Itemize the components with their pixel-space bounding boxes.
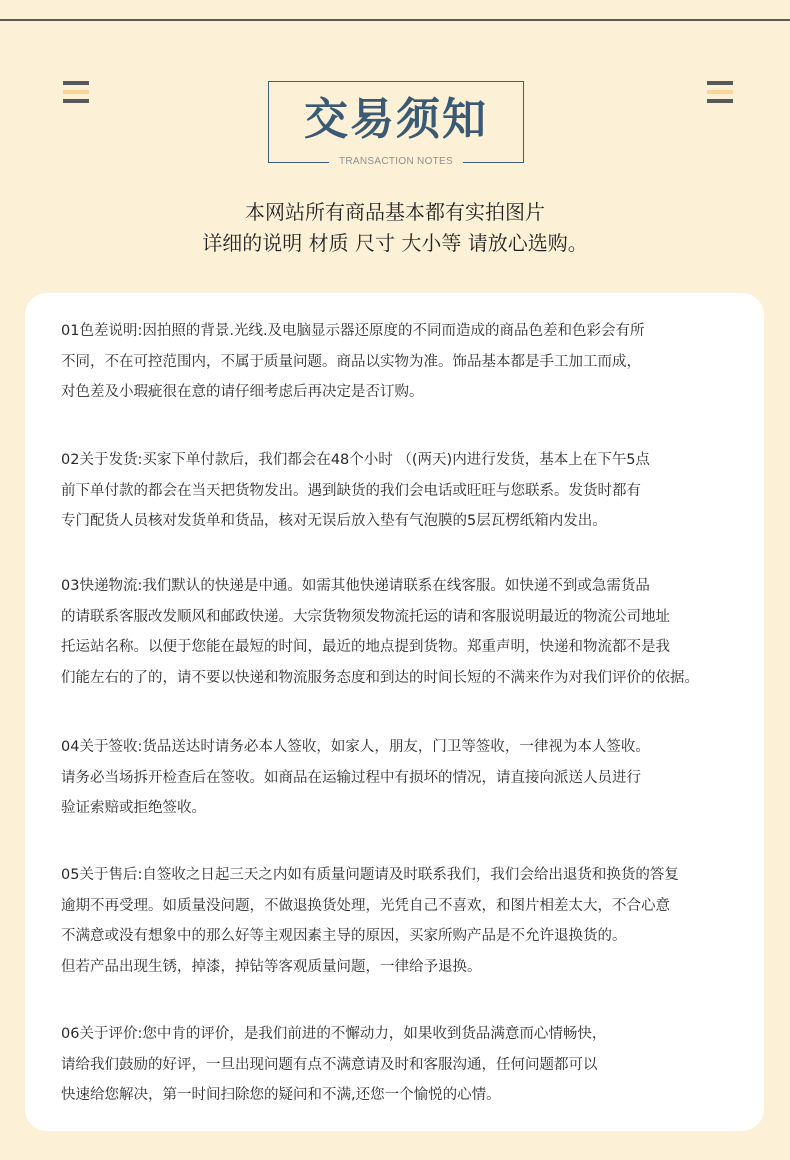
notes-card: 01色差说明:因拍照的背景.光线.及电脑显示器还原度的不同而造成的商品色差和色彩… bbox=[25, 293, 764, 1131]
note-line: 05关于售后:自签收之日起三天之内如有质量问题请及时联系我们，我们会给出退货和换… bbox=[61, 860, 781, 891]
note-line: 06关于评价:您中肯的评价，是我们前进的不懈动力，如果收到货品满意而心情畅快， bbox=[61, 1019, 781, 1050]
note-section-reviews: 06关于评价:您中肯的评价，是我们前进的不懈动力，如果收到货品满意而心情畅快， … bbox=[61, 1019, 781, 1111]
note-line: 专门配货人员核对发货单和货品，核对无误后放入垫有气泡膜的5层瓦楞纸箱内发出。 bbox=[61, 506, 781, 537]
note-line: 托运站名称。以便于您能在最短的时间，最近的地点提到货物。郑重声明，快递和物流都不… bbox=[61, 632, 781, 663]
note-line: 前下单付款的都会在当天把货物发出。遇到缺货的我们会电话或旺旺与您联系。发货时都有 bbox=[61, 476, 781, 507]
page-subtitle: TRANSACTION NOTES bbox=[329, 155, 463, 169]
title-bottom-border: TRANSACTION NOTES bbox=[268, 155, 524, 169]
note-line: 但若产品出现生锈，掉漆，掉钻等客观质量问题，一律给予退换。 bbox=[61, 952, 781, 983]
menu-lines-icon bbox=[707, 81, 733, 103]
icon-bar bbox=[63, 81, 89, 85]
note-line: 01色差说明:因拍照的背景.光线.及电脑显示器还原度的不同而造成的商品色差和色彩… bbox=[61, 316, 781, 347]
note-section-receipt: 04关于签收:货品送达时请务必本人签收，如家人，朋友，门卫等签收，一律视为本人签… bbox=[61, 732, 781, 824]
icon-bar bbox=[707, 81, 733, 85]
icon-bar-accent bbox=[707, 90, 733, 94]
note-section-logistics: 03快递物流:我们默认的快递是中通。如需其他快递请联系在线客服。如快递不到或急需… bbox=[61, 571, 781, 693]
note-section-after-sales: 05关于售后:自签收之日起三天之内如有质量问题请及时联系我们，我们会给出退货和换… bbox=[61, 860, 781, 982]
note-line: 的请联系客服改发顺风和邮政快递。大宗货物须发物流托运的请和客服说明最近的物流公司… bbox=[61, 602, 781, 633]
icon-bar-accent bbox=[63, 90, 89, 94]
note-line: 对色差及小瑕疵很在意的请仔细考虑后再决定是否订购。 bbox=[61, 377, 781, 408]
note-line: 请给我们鼓励的好评，一旦出现问题有点不满意请及时和客服沟通，任何问题都可以 bbox=[61, 1050, 781, 1081]
note-line: 们能左右的了的，请不要以快递和物流服务态度和到达的时间长短的不满来作为对我们评价… bbox=[61, 663, 781, 694]
border-segment bbox=[268, 162, 329, 163]
note-line: 不同，不在可控范围内，不属于质量问题。商品以实物为准。饰品基本都是手工加工而成， bbox=[61, 347, 781, 378]
note-line: 03快递物流:我们默认的快递是中通。如需其他快递请联系在线客服。如快递不到或急需… bbox=[61, 571, 781, 602]
note-line: 验证索赔或拒绝签收。 bbox=[61, 793, 781, 824]
note-section-color-difference: 01色差说明:因拍照的背景.光线.及电脑显示器还原度的不同而造成的商品色差和色彩… bbox=[61, 316, 781, 408]
intro-line: 本网站所有商品基本都有实拍图片 bbox=[0, 197, 790, 228]
intro-text: 本网站所有商品基本都有实拍图片 详细的说明 材质 尺寸 大小等 请放心选购。 bbox=[0, 197, 790, 259]
intro-line: 详细的说明 材质 尺寸 大小等 请放心选购。 bbox=[0, 228, 790, 259]
page-title: 交易须知 bbox=[269, 94, 523, 146]
note-line: 逾期不再受理。如质量没问题，不做退换货处理，光凭自己不喜欢，和图片相差太大，不合… bbox=[61, 891, 781, 922]
note-line: 不满意或没有想象中的那么好等主观因素主导的原因，买家所购产品是不允许退换货的。 bbox=[61, 921, 781, 952]
border-segment bbox=[463, 162, 524, 163]
note-line: 04关于签收:货品送达时请务必本人签收，如家人，朋友，门卫等签收，一律视为本人签… bbox=[61, 732, 781, 763]
menu-lines-icon bbox=[63, 81, 89, 103]
note-line: 快速给您解决，第一时间扫除您的疑问和不满,还您一个愉悦的心情。 bbox=[61, 1080, 781, 1111]
note-section-shipping: 02关于发货:买家下单付款后，我们都会在48个小时 （(两天)内进行发货，基本上… bbox=[61, 445, 781, 537]
icon-bar bbox=[707, 99, 733, 103]
top-divider bbox=[0, 19, 790, 21]
icon-bar bbox=[63, 99, 89, 103]
note-line: 请务必当场拆开检查后在签收。如商品在运输过程中有损坏的情况，请直接向派送人员进行 bbox=[61, 763, 781, 794]
note-line: 02关于发货:买家下单付款后，我们都会在48个小时 （(两天)内进行发货，基本上… bbox=[61, 445, 781, 476]
title-frame: 交易须知 TRANSACTION NOTES bbox=[268, 81, 524, 162]
